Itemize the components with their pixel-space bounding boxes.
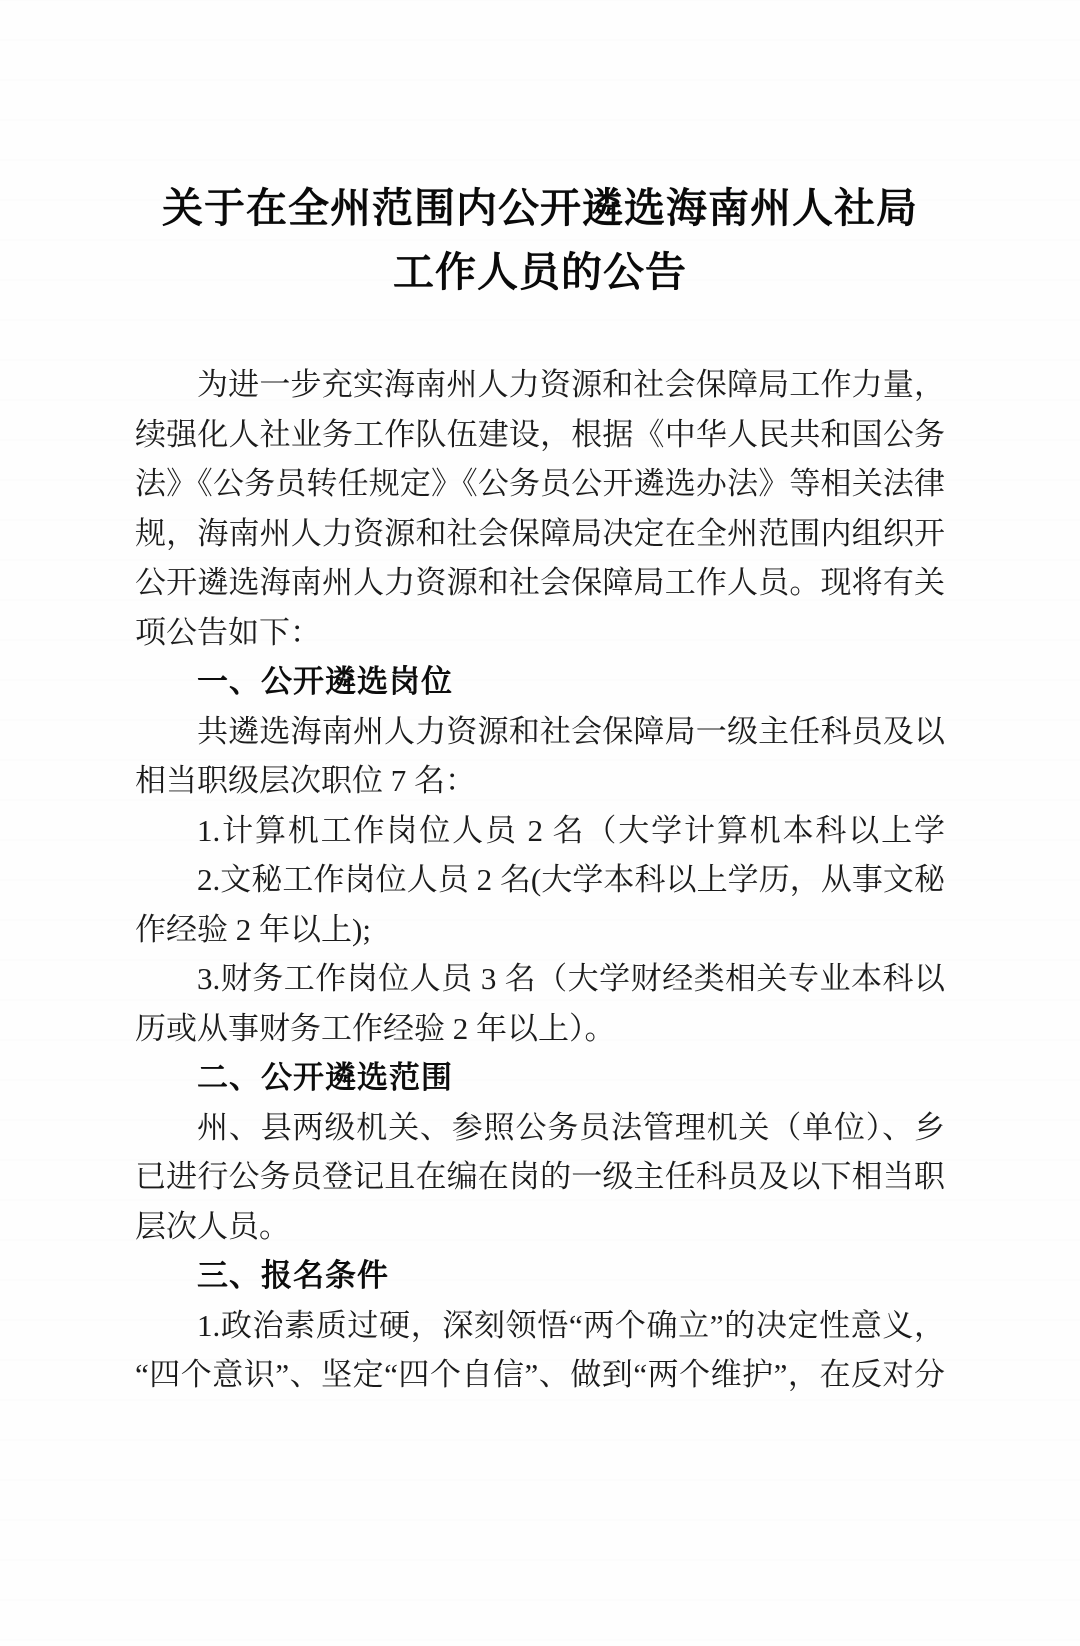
text-line: 法》《公务员转任规定》《公务员公开遴选办法》等相关法律法: [135, 459, 945, 509]
text-line: “四个意识”、坚定“四个自信”、做到“两个维护”，在反对分裂、: [135, 1350, 945, 1400]
text-line: 已进行公务员登记且在编在岗的一级主任科员及以下相当职级: [135, 1152, 945, 1202]
section-heading: 三、报名条件: [135, 1251, 945, 1301]
document-page: 关于在全州范围内公开遴选海南州人社局 工作人员的公告 为进一步充实海南州人力资源…: [0, 0, 1080, 1646]
text-line: 公开遴选海南州人力资源和社会保障局工作人员。现将有关事: [135, 558, 945, 608]
section-heading: 一、公开遴选岗位: [135, 657, 945, 707]
section-heading: 二、公开遴选范围: [135, 1053, 945, 1103]
text-line: 层次人员。: [135, 1202, 945, 1252]
title-line-2: 工作人员的公告: [0, 240, 1080, 304]
text-line: 规，海南州人力资源和社会保障局决定在全州范围内组织开展: [135, 509, 945, 559]
document-title: 关于在全州范围内公开遴选海南州人社局 工作人员的公告: [0, 0, 1080, 304]
text-line: 相当职级层次职位 7 名：: [135, 756, 945, 806]
text-line: 续强化人社业务工作队伍建设，根据《中华人民共和国公务员: [135, 410, 945, 460]
text-line: 1.政治素质过硬，深刻领悟“两个确立”的决定性意义，增强: [135, 1301, 945, 1351]
text-line: 1.计算机工作岗位人员 2 名（大学计算机本科以上学历）;: [135, 806, 945, 856]
document-body: 为进一步充实海南州人力资源和社会保障局工作力量，持续强化人社业务工作队伍建设，根…: [135, 360, 945, 1400]
text-line: 为进一步充实海南州人力资源和社会保障局工作力量，持: [135, 360, 945, 410]
text-line: 3.财务工作岗位人员 3 名（大学财经类相关专业本科以上学: [135, 954, 945, 1004]
text-line: 共遴选海南州人力资源和社会保障局一级主任科员及以下: [135, 707, 945, 757]
text-line: 项公告如下：: [135, 608, 945, 658]
text-line: 历或从事财务工作经验 2 年以上）。: [135, 1004, 945, 1054]
text-line: 2.文秘工作岗位人员 2 名(大学本科以上学历，从事文秘工: [135, 855, 945, 905]
text-line: 州、县两级机关、参照公务员法管理机关（单位）、乡镇中: [135, 1103, 945, 1153]
title-line-1: 关于在全州范围内公开遴选海南州人社局: [0, 176, 1080, 240]
text-line: 作经验 2 年以上);: [135, 905, 945, 955]
